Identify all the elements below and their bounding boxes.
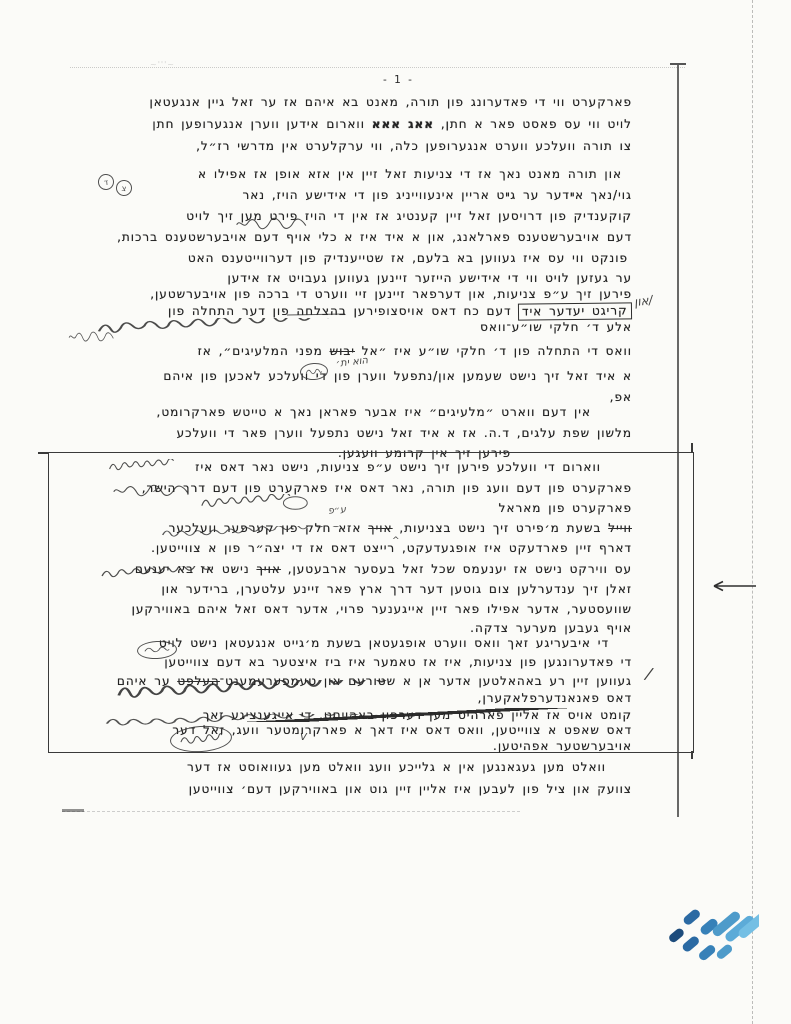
handwritten-scribble [200,494,310,512]
handwritten-caret: ^ [392,536,400,546]
handwritten-circled-letter: צ [115,179,132,196]
handwritten-scribble [115,680,490,702]
typed-line: דאס פאנאנדערפלאקערן, [478,691,632,705]
typed-line: אלע ד׳ חלקי שו״ע־וואס [480,320,632,334]
typed-line: גוי/נאך אײדער ער גײט אריין אינעווייניג פ… [242,188,632,202]
typed-line: פונקט ווי עס איז געווען בא בלעם, אז שטיי… [188,251,628,265]
typed-line: אין דעם ווארט ״מלעיגים״ איז אבער פאראן נ… [157,405,592,419]
handwritten-scribble [95,318,490,338]
typed-line: לויט ווי עס פאסט פאר א חתן, אאג אאא וואר… [152,117,632,131]
typed-line: פירען זיך ע״פ צניעות, און דערפאר זיינען … [150,287,632,301]
page-number: - 1 - [383,74,414,86]
typed-line: און תורה מאנט נאך אז די צניעות זאל זיין … [198,167,622,181]
typed-line: ווארום די וועלכע פירען זיך נישט ע״פ צניע… [195,460,601,474]
box-corner-overshoot [38,452,49,454]
struck-word: ווייל [608,521,632,535]
scan-edge-line [752,0,753,1024]
handwritten-correction: הוא ית׳ [335,355,368,370]
typed-line: מלשון שפת עלגים, ד.ה. אז א איד זאל נישט … [177,426,632,440]
box-corner-overshoot [691,443,693,453]
handwritten-insertion: /און [633,293,653,309]
logo-leaves-icon [667,908,759,962]
typed-line: פארקערט פון דעם וועג פון תורה, נאר דאס א… [142,481,632,495]
handwritten-caret: ^ [152,489,160,499]
handwritten-scribble [160,526,430,539]
typed-line: דעם אויבערשטענס פארלאנג, און א איד איז א… [117,230,632,244]
typed-line: וואלט מען געגאנגען אין א גלייכע וועג ווא… [187,760,606,774]
scan-noise-blob [62,809,84,812]
struck-word: אויך [256,562,280,576]
typed-line: ער געזען לויט ווי די אידישע הייזער זיינע… [228,271,632,285]
handwritten-scribble [68,331,116,343]
margin-arrow [706,578,758,594]
typed-line: די פאדערונגען פון צניעות, איז אז טאמער א… [164,655,632,669]
typed-line: אויבערשטער אפהיטען. [493,739,632,753]
typed-line: אפ, [610,390,632,404]
handwritten-scribble [100,566,225,581]
handwritten-scribble [235,217,310,231]
handwritten-circled-letter: ד [97,173,115,191]
scan-fold-line-tick [670,63,686,65]
typed-line: א איד זאל זיך נישט שעמען און/נתפעל ווערן… [163,369,632,383]
left-arrow-icon [714,582,756,591]
handwritten-correction: ע״פ [328,504,347,517]
typed-line: וואס די התחלה פון ד׳ חלקי שו״ע איז ״אל י… [198,344,632,358]
handwritten-scribble [108,459,180,474]
hand-boxed-words: קריגט יעדער איד [518,302,632,320]
struck-word: יבוש [330,344,355,358]
handwritten-scribble [103,714,488,728]
scan-smudge: ~'''~ [150,60,175,69]
overtyped-text: אאג אאא [372,117,434,131]
typed-line: שוועסטער, אדער אפילו פאר זיין אייגענער פ… [132,602,632,616]
typed-line: פארקערט ווי די פאדערונג פון תורה, מאנט ב… [149,95,632,109]
scan-noise-dash [62,811,520,812]
scanned-document-page: { "page": { "number_label": "- 1 -" }, "… [0,0,791,1024]
typed-line: זאלן זיך ענדערלען צום גוטען דער דרך ארץ … [162,582,632,596]
publisher-logo [663,897,759,969]
box-corner-overshoot [691,751,693,759]
typed-line: די איבעריגע זאך וואס ווערט אופגעטאן בשעת… [159,636,609,650]
handwritten-vee-mark: V [300,732,307,743]
typed-line: אויף געבען מערער צדקה. [470,621,632,635]
typed-line: צו תורה וועלכע ווערט אנגערופען כלה, ווי … [196,139,632,153]
typed-line: פארקערט פון מאראל [499,501,632,515]
typed-line: צוועק און ציל פון לעבען איז אליין זיין ג… [189,782,632,796]
